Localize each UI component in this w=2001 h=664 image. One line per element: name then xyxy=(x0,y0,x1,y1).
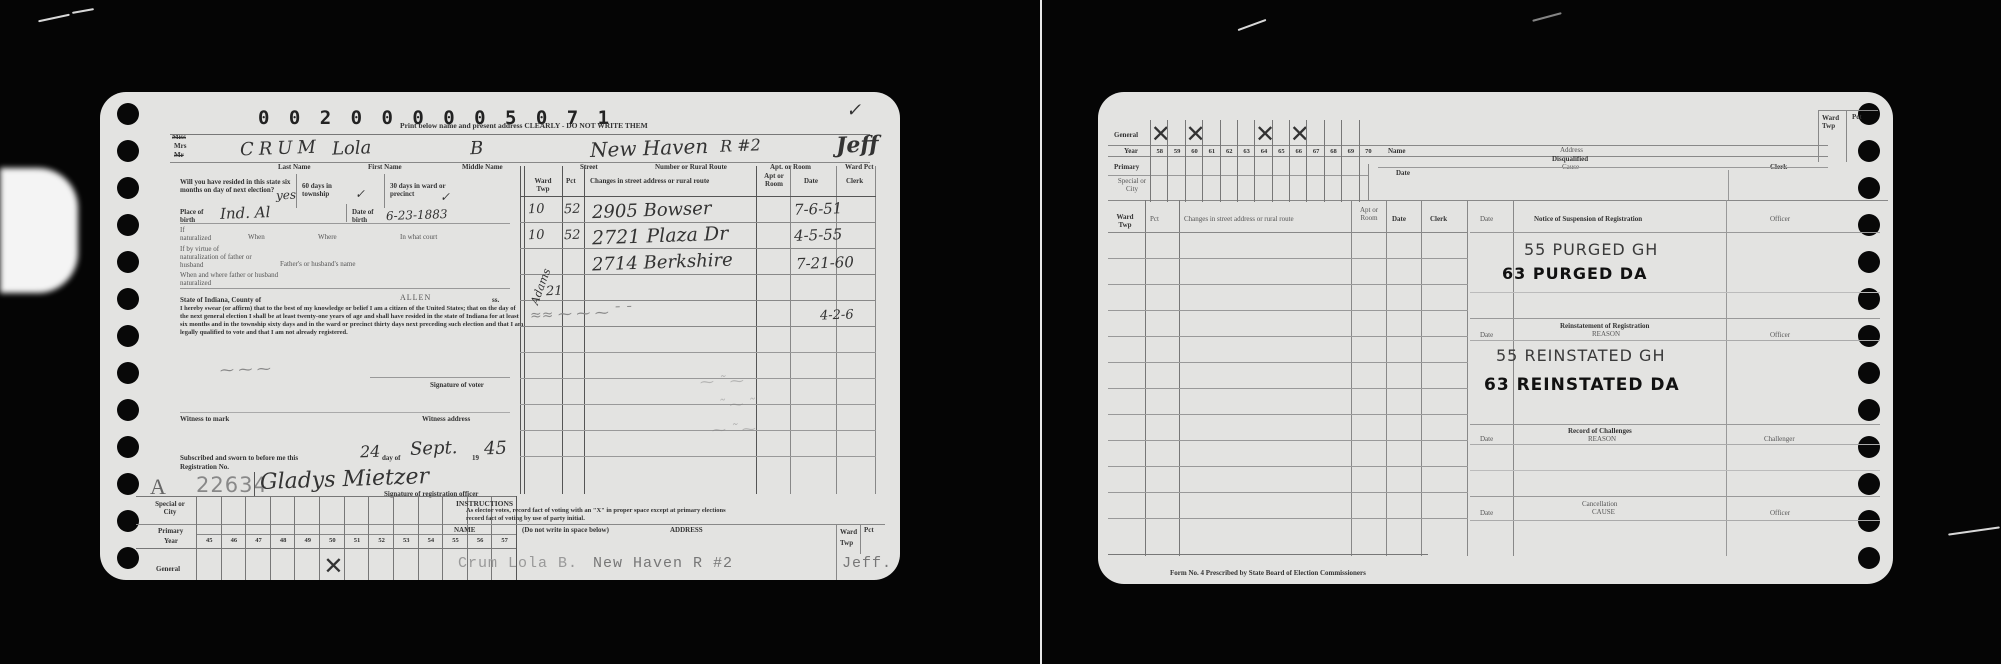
film-glare xyxy=(0,168,78,293)
punch-hole xyxy=(1858,473,1880,495)
challenges-reason-label: REASON xyxy=(1588,436,1616,443)
voted-x-mark: ✕ xyxy=(323,554,343,578)
film-scratch xyxy=(1532,12,1561,22)
punch-hole xyxy=(1858,325,1880,347)
vote-year-column: 54 xyxy=(418,496,443,580)
vote-year-label: 45 xyxy=(200,537,218,544)
vote-label-year: Year xyxy=(1124,148,1138,155)
change-row-date: 4-2-6 xyxy=(820,307,854,323)
naturalized-label: If naturalized xyxy=(180,226,214,242)
punch-hole xyxy=(1858,362,1880,384)
vote-year-column: 52 xyxy=(368,496,393,580)
rule xyxy=(1351,200,1352,556)
dq-date-label: Date xyxy=(1396,170,1410,177)
day-of-label: day of xyxy=(382,455,400,462)
dq-pct-label: Pct xyxy=(1852,114,1862,121)
rule xyxy=(520,166,521,494)
ward-pct-label: Ward Pct xyxy=(845,164,874,171)
rule xyxy=(254,472,255,496)
date-of-birth-label: Date of birth xyxy=(352,208,382,224)
vote-year-label: 55 xyxy=(446,537,464,544)
rule xyxy=(1108,362,1468,363)
oath-text: I hereby swear (or affirm) that to the b… xyxy=(180,305,525,337)
vote-year-label: 61 xyxy=(1203,148,1221,155)
header-instruction: Print below name and present address CLE… xyxy=(400,122,648,130)
rule xyxy=(756,166,757,494)
rule xyxy=(1470,520,1880,521)
punch-hole xyxy=(117,510,139,532)
rule xyxy=(1108,232,1468,233)
rule xyxy=(170,134,870,135)
punch-hole xyxy=(1858,399,1880,421)
rule xyxy=(1470,470,1880,471)
subscribed-month: Sept. xyxy=(410,437,458,460)
change-row-address: 2714 Berkshire xyxy=(592,250,733,276)
col-header-pct: Pct xyxy=(566,178,576,185)
punch-hole xyxy=(117,436,139,458)
voter-signature-label: Signature of voter xyxy=(430,382,484,389)
rule xyxy=(370,377,510,378)
cancellation-cause-label: CAUSE xyxy=(1592,509,1615,516)
court-label: In what court xyxy=(400,234,437,241)
film-scratch xyxy=(38,14,70,23)
rule xyxy=(1470,232,1880,233)
punch-hole xyxy=(117,177,139,199)
where-label: Where xyxy=(318,234,337,241)
rule xyxy=(520,378,876,379)
rule xyxy=(520,274,876,275)
ward-value: Jeff xyxy=(836,131,879,158)
state-county-label: State of Indiana, County of xyxy=(180,297,261,304)
rule xyxy=(520,430,876,431)
sixty-days-question: 60 days in township xyxy=(302,182,357,198)
rule xyxy=(1421,200,1422,556)
reinstatement-stamp-2: 63 REINSTATED DA xyxy=(1484,375,1680,395)
vote-year-label: 49 xyxy=(299,537,317,544)
rule xyxy=(1818,110,1878,111)
vote-year-label: 47 xyxy=(250,537,268,544)
pct-col-label: Pct xyxy=(864,527,874,534)
vote-year-label: 65 xyxy=(1272,148,1290,155)
rule xyxy=(1470,340,1880,341)
punch-hole xyxy=(117,399,139,421)
vote-year-label: 60 xyxy=(1185,148,1203,155)
vote-year-label: 67 xyxy=(1307,148,1325,155)
vote-year-column: 53 xyxy=(393,496,418,580)
rule xyxy=(562,166,563,494)
punch-hole xyxy=(117,362,139,384)
rule xyxy=(1108,388,1468,389)
vote-label-primary: Primary xyxy=(158,528,183,535)
col-header-clerk: Clerk xyxy=(846,178,863,185)
rule xyxy=(1179,200,1180,556)
vote-label-general: General xyxy=(156,566,180,573)
vote-label-special: Special or City xyxy=(1116,177,1148,193)
challenges-title: Record of Challenges xyxy=(1568,428,1632,435)
form-footer: Form No. 4 Prescribed by State Board of … xyxy=(1170,570,1366,577)
rule xyxy=(875,166,876,494)
registration-card-front: 0 0 2 0 0 0 0 0 5 0 7 1 Print below name… xyxy=(100,92,900,580)
col-header-ward: Ward Twp xyxy=(1112,213,1138,229)
rule xyxy=(384,174,385,208)
vote-year-label: 53 xyxy=(397,537,415,544)
rule xyxy=(1108,258,1468,259)
rule xyxy=(1728,170,1729,200)
punch-hole xyxy=(117,325,139,347)
subscribed-day: 24 xyxy=(360,442,381,462)
rule xyxy=(524,166,525,494)
film-scratch xyxy=(1948,526,2000,535)
change-row-pct: 52 xyxy=(564,228,581,244)
change-row-address: 2721 Plaza Dr xyxy=(592,223,729,250)
col-header-changes: Changes in street address or rural route xyxy=(590,178,709,185)
rule xyxy=(520,352,876,353)
punch-hole xyxy=(117,251,139,273)
vote-year-column: 61 xyxy=(1202,120,1219,202)
route-value: R #2 xyxy=(720,135,761,155)
punch-hole xyxy=(1858,547,1880,569)
address-col-label: ADDRESS xyxy=(670,527,703,534)
change-row-date: 4-5-55 xyxy=(794,225,843,245)
cancellation-title: Cancellation xyxy=(1582,501,1617,508)
suspension-stamp-1: 55 PURGED GH xyxy=(1524,240,1658,259)
subscribed-label: Subscribed and sworn to before me this xyxy=(180,455,298,462)
sixty-days-answer: ✓ xyxy=(355,187,366,201)
vote-year-label: 64 xyxy=(1255,148,1273,155)
title-miss: Miss xyxy=(172,134,186,141)
col-header-pct: Pct xyxy=(1150,216,1159,223)
thirty-days-answer: ✓ xyxy=(440,190,451,204)
suspension-stamp-2: 63 PURGED DA xyxy=(1502,264,1647,283)
vote-year-label: 63 xyxy=(1238,148,1256,155)
rule xyxy=(1378,167,1828,168)
when-label: When xyxy=(248,234,265,241)
vote-year-grid: 58✕5960✕61626364✕6566✕67686970 xyxy=(1150,120,1376,202)
vote-year-column: 48 xyxy=(270,496,295,580)
rule xyxy=(1108,310,1468,311)
vote-year-column: 58✕ xyxy=(1150,120,1167,202)
rule xyxy=(1108,440,1468,441)
last-name-label: Last Name xyxy=(278,164,310,171)
date-of-birth-value: 6-23-1883 xyxy=(386,207,448,223)
rule xyxy=(1108,466,1468,467)
film-scratch xyxy=(1238,19,1267,31)
vote-label-year: Year xyxy=(164,538,178,545)
punch-hole xyxy=(117,547,139,569)
cancellation-date-label: Date xyxy=(1480,510,1493,517)
erased-writing: ˜ ⁓ ˜ xyxy=(718,396,755,413)
dq-title: Disqualified xyxy=(1552,156,1588,163)
middle-name-label: Middle Name xyxy=(462,164,503,171)
rule xyxy=(1470,424,1880,425)
rule xyxy=(180,412,510,413)
dq-address-label: Address xyxy=(1560,147,1583,154)
punch-hole xyxy=(1858,251,1880,273)
suspension-title: Notice of Suspension of Registration xyxy=(1534,216,1642,223)
vote-year-label: 54 xyxy=(422,537,440,544)
challenges-challenger-label: Challenger xyxy=(1764,436,1795,443)
vote-year-label: 70 xyxy=(1359,148,1377,155)
county-value: ALLEN xyxy=(400,294,431,302)
typed-ward: Jeff. xyxy=(842,555,892,572)
middle-name-value: B xyxy=(470,138,484,159)
typed-address: New Haven R #2 xyxy=(593,555,733,572)
witness-mark-label: Witness to mark xyxy=(180,416,229,423)
vote-year-label: 58 xyxy=(1151,148,1169,155)
by-father-label: If by virtue of naturalization of father… xyxy=(180,245,252,269)
rule xyxy=(1726,200,1727,556)
reinstatement-date-label: Date xyxy=(1480,332,1493,339)
rule xyxy=(520,326,876,327)
rule xyxy=(1108,518,1468,519)
rule xyxy=(520,404,876,405)
rule xyxy=(1368,164,1369,200)
rule xyxy=(180,288,510,289)
vote-year-label: 51 xyxy=(348,537,366,544)
ss-label: ss. xyxy=(492,297,499,304)
reinstatement-reason-label: REASON xyxy=(1592,331,1620,338)
col-header-date: Date xyxy=(804,178,818,185)
rule xyxy=(1108,554,1428,555)
vote-year-column: 62 xyxy=(1220,120,1237,202)
registration-number: 22634 xyxy=(196,473,268,497)
rule xyxy=(584,166,585,494)
vote-year-column: 60✕ xyxy=(1185,120,1202,202)
punch-hole xyxy=(1858,436,1880,458)
rule xyxy=(170,162,870,163)
vote-year-label: 56 xyxy=(471,537,489,544)
erased-writing: ⁓ ˜ ⁓ xyxy=(712,421,756,439)
col-header-changes: Changes in street address or rural route xyxy=(1184,216,1294,223)
punch-hole xyxy=(117,140,139,162)
vote-label-primary: Primary xyxy=(1114,164,1139,171)
punch-hole xyxy=(117,214,139,236)
rule xyxy=(1108,492,1468,493)
col-header-apt: Apt or Room xyxy=(1354,206,1384,222)
vote-year-column: 50✕ xyxy=(319,496,344,580)
vote-year-column: 47 xyxy=(245,496,270,580)
instructions-text-2: record fact of voting by use of party in… xyxy=(466,516,585,523)
vote-year-column: 64✕ xyxy=(1254,120,1271,202)
six-months-answer: yes xyxy=(276,188,297,203)
vote-year-column: 49 xyxy=(294,496,319,580)
rule xyxy=(346,204,347,222)
col-header-clerk: Clerk xyxy=(1430,216,1447,223)
instructions-text-1: As elector votes, record fact of voting … xyxy=(466,508,726,515)
vote-year-column: 63 xyxy=(1237,120,1254,202)
change-row-address: 2905 Bowser xyxy=(592,198,712,223)
change-row-address-faint: ≈≈ ⁓ ⁓ ⁓ ˉ ˉ xyxy=(530,304,632,324)
change-row-date: 7-6-51 xyxy=(794,199,843,219)
vote-year-column: 69 xyxy=(1341,120,1358,202)
first-name-value: Lola xyxy=(332,137,372,159)
punch-hole xyxy=(117,473,139,495)
change-row-ward: 10 xyxy=(528,228,545,244)
rule xyxy=(836,524,837,580)
col-header-apt: Apt or Room xyxy=(760,172,788,188)
first-name-label: First Name xyxy=(368,164,402,171)
street-value: New Haven xyxy=(590,134,709,162)
reinstatement-title: Reinstatement of Registration xyxy=(1560,323,1649,330)
vote-label-general: General xyxy=(1114,132,1138,139)
place-of-birth-label: Place of birth xyxy=(180,208,220,224)
title-mrs: Mrs xyxy=(174,143,186,150)
rule xyxy=(450,524,885,525)
vote-year-column: 68 xyxy=(1324,120,1341,202)
vote-year-column: 66✕ xyxy=(1289,120,1306,202)
rule xyxy=(520,300,876,301)
rule xyxy=(1470,318,1880,319)
vote-year-label: 69 xyxy=(1342,148,1360,155)
vote-year-column: 59 xyxy=(1167,120,1184,202)
last-name-value: CRUM xyxy=(240,137,322,161)
change-row-date: 7-21-60 xyxy=(796,253,854,273)
vote-year-label: 48 xyxy=(274,537,292,544)
vote-year-label: 50 xyxy=(323,537,341,544)
street-label: Street xyxy=(580,164,598,171)
vote-year-column: 51 xyxy=(344,496,369,580)
vote-year-label: 46 xyxy=(225,537,243,544)
dq-name-label: Name xyxy=(1388,148,1406,155)
challenges-date-label: Date xyxy=(1480,436,1493,443)
rule xyxy=(1470,292,1880,293)
vote-year-column: 65 xyxy=(1272,120,1289,202)
vote-label-special: Special or City xyxy=(150,500,190,516)
vote-year-column: 67 xyxy=(1306,120,1323,202)
rule xyxy=(520,456,876,457)
cancellation-officer-label: Officer xyxy=(1770,510,1790,517)
no-write-label: (Do not write in space below) xyxy=(522,527,609,534)
dq-ward-label: Ward Twp xyxy=(1822,114,1844,130)
rule xyxy=(1108,336,1468,337)
title-mr: Mr xyxy=(174,152,184,159)
erased-writing: ⁓ ˜ ⁓ xyxy=(700,373,744,391)
punch-hole xyxy=(117,103,139,125)
place-of-birth-value: Ind. Al xyxy=(220,203,271,223)
punch-hole xyxy=(117,288,139,310)
vote-year-label: 66 xyxy=(1290,148,1308,155)
rule xyxy=(180,223,510,224)
punch-hole xyxy=(1858,510,1880,532)
vote-year-label: 68 xyxy=(1325,148,1343,155)
suspension-officer-label: Officer xyxy=(1770,216,1790,223)
when-where-label: When and where father or husband natural… xyxy=(180,271,280,287)
col-header-date: Date xyxy=(1392,216,1406,223)
change-row-ward: 10 xyxy=(528,202,545,218)
suspension-date-label: Date xyxy=(1480,216,1493,223)
registration-card-back: General Year Primary Special or City 58✕… xyxy=(1098,92,1893,584)
rule xyxy=(1470,444,1880,445)
punch-hole xyxy=(1858,140,1880,162)
rule xyxy=(1386,200,1387,556)
vote-year-label: 59 xyxy=(1168,148,1186,155)
rule xyxy=(790,166,791,494)
film-scratch xyxy=(72,8,94,14)
rule xyxy=(1846,110,1847,162)
year-prefix: 19 xyxy=(472,455,479,462)
vote-year-label: 57 xyxy=(496,537,514,544)
rule xyxy=(1470,496,1880,497)
name-col-label: NAME xyxy=(454,527,475,534)
change-row-pct: 21 xyxy=(546,284,563,300)
reinstatement-stamp-1: 55 REINSTATED GH xyxy=(1496,346,1665,365)
typed-name: Crum Lola B. xyxy=(458,555,578,572)
voter-signature: ⁓ ⁓ ⁓ xyxy=(220,361,271,379)
rule xyxy=(1108,414,1468,415)
rule xyxy=(296,174,297,208)
rule xyxy=(520,248,876,249)
col-header-ward: Ward Twp xyxy=(530,177,556,193)
vote-year-label: 62 xyxy=(1220,148,1238,155)
frame-divider xyxy=(1040,0,1042,664)
change-row-pct: 52 xyxy=(564,202,581,218)
subscribed-year: 45 xyxy=(484,438,508,460)
ward-col-label: Ward Twp xyxy=(840,527,862,549)
vote-year-column: 45 xyxy=(196,496,221,580)
punch-hole xyxy=(1858,177,1880,199)
number-label: Number or Rural Route xyxy=(655,164,727,171)
rule xyxy=(1818,110,1819,162)
registration-no-label: Registration No. xyxy=(180,464,229,471)
vote-year-column: 46 xyxy=(221,496,246,580)
reinstatement-officer-label: Officer xyxy=(1770,332,1790,339)
rule xyxy=(1108,284,1468,285)
rule xyxy=(520,196,876,197)
witness-address-label: Witness address xyxy=(422,416,470,423)
father-name-label: Father's or husband's name xyxy=(280,261,355,268)
rule xyxy=(1145,200,1146,556)
rule xyxy=(1467,200,1468,556)
check-mark: ✓ xyxy=(846,100,862,122)
vote-year-label: 52 xyxy=(373,537,391,544)
